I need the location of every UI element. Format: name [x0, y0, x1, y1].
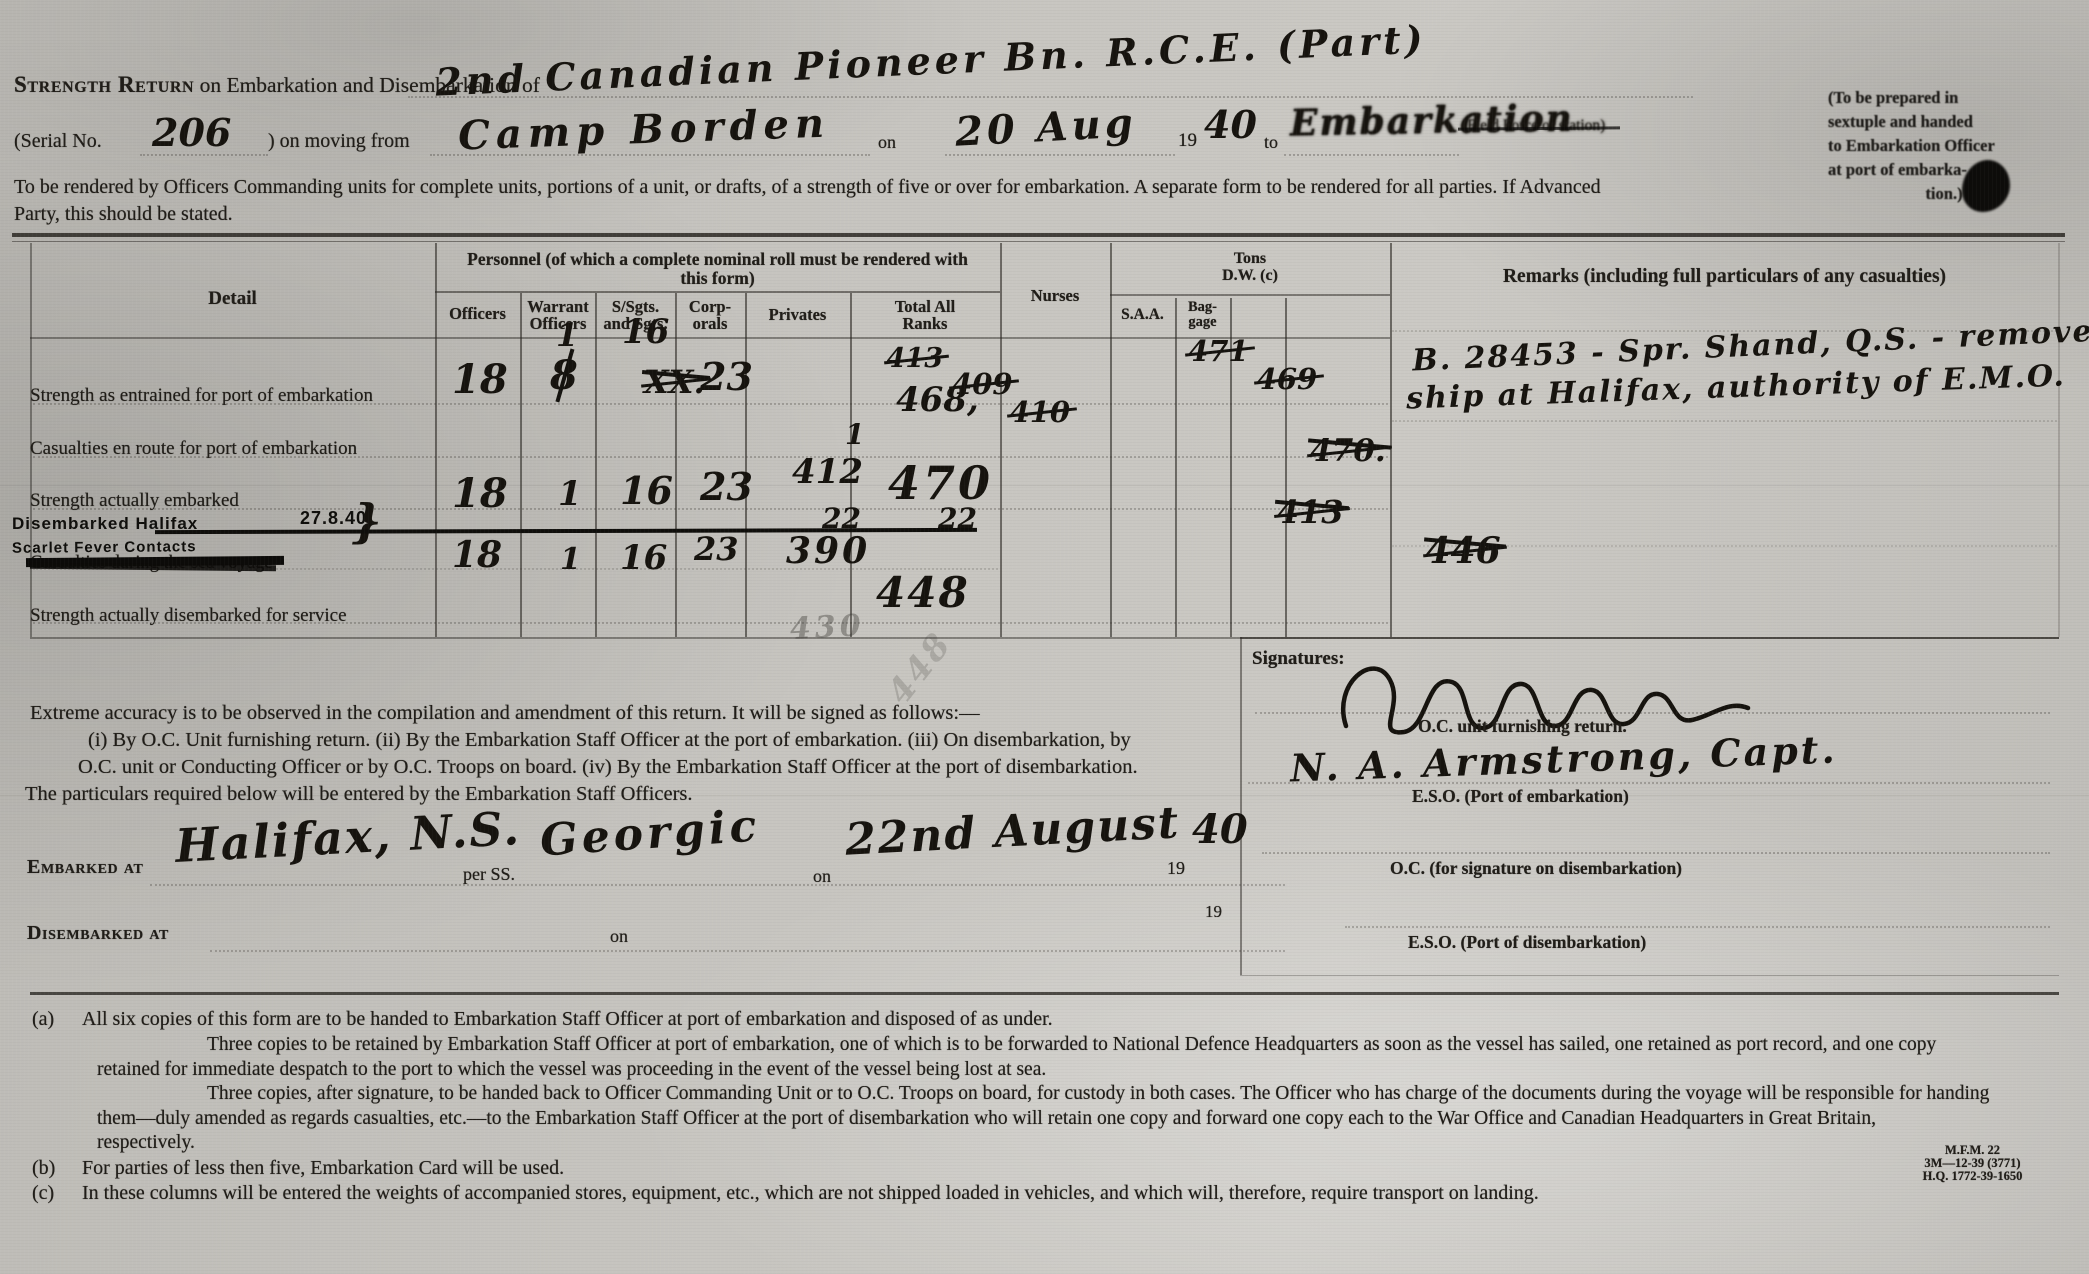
final-warrant: 1	[560, 542, 581, 577]
embark-port-handwritten: Halifax, N.S.	[174, 801, 522, 873]
table-line	[1110, 243, 1112, 637]
unit-fill-line	[408, 96, 1693, 98]
final-ssgts: 16	[620, 538, 667, 578]
annotation-scarlet-fever: Scarlet Fever Contacts	[12, 538, 197, 557]
disembarked-fill-line	[210, 950, 1285, 952]
tons-header-line2: D.W. (c)	[1110, 267, 1390, 284]
annotation-brace: }	[352, 494, 382, 548]
corner-note-line: tion.)	[1828, 182, 2060, 206]
embark-date-handwritten: 22nd August	[844, 797, 1182, 865]
header-rule-thin	[12, 241, 2065, 242]
remarks-header: Remarks (including full particulars of a…	[1390, 266, 2059, 288]
table-line	[30, 337, 1390, 339]
entrained-ssgts-crossed: XX.	[644, 363, 705, 401]
personnel-header: Personnel (of which a complete nominal r…	[437, 250, 998, 288]
entrained-total-final: 468,	[896, 380, 979, 420]
origin-fill-line	[430, 154, 870, 156]
footnote-a-marker: (a)	[32, 1008, 54, 1031]
footnote-a-line2: Three copies to be retained by Embarkati…	[207, 1034, 1936, 1056]
footnote-a-line3: retained for immediate despatch to the p…	[97, 1059, 1046, 1081]
footnote-c-marker: (c)	[32, 1182, 54, 1205]
print-reference: M.F.M. 22 3M—12-39 (3771) H.Q. 1772-39-1…	[1910, 1144, 2035, 1183]
entrained-corporals: 23	[700, 354, 753, 399]
ship-name-handwritten: Georgic	[538, 800, 761, 866]
move-date-handwritten: 20 Aug	[954, 99, 1138, 155]
table-line	[2058, 243, 2060, 637]
corner-note: (To be prepared in sextuple and handed t…	[1828, 86, 2060, 206]
footer-rule	[30, 992, 2059, 995]
per-ss-label: per SS.	[463, 864, 515, 885]
remarks-rule-line	[1392, 420, 2057, 422]
col-header-corporals: Corp- orals	[677, 298, 743, 332]
print-ref-line3: H.Q. 1772-39-1650	[1910, 1170, 2035, 1183]
entrained-total-crossed: 469	[1257, 362, 1318, 396]
embark-year-printed: 19	[1167, 858, 1185, 879]
final-corporals: 23	[694, 530, 739, 568]
signature-line	[1255, 712, 2050, 714]
final-total: 448	[876, 568, 970, 617]
embarked-warrant: 1	[558, 474, 582, 514]
oc-disembarkation-label: O.C. (for signature on disembarkation)	[1390, 858, 1682, 879]
personnel-header-line2: this form)	[437, 269, 998, 288]
personnel-header-line1: Personnel (of which a complete nominal r…	[437, 250, 998, 269]
route-total-crossed: 470.	[1310, 433, 1386, 469]
year-written: 40	[1204, 102, 1257, 147]
row-fill-line	[33, 622, 1388, 624]
date-fill-line	[945, 154, 1175, 156]
footnote-a-line6: respectively.	[97, 1132, 195, 1154]
embarked-privates-corrected: 412	[792, 452, 863, 492]
signature-line	[1345, 926, 2050, 928]
final-officers: 18	[452, 534, 502, 576]
table-line	[520, 293, 522, 637]
entrained-officers: 18	[452, 356, 508, 403]
final-privates: 390	[786, 530, 870, 572]
disembark-on-label: on	[610, 926, 628, 947]
form-title-caps: Strength Return	[14, 72, 194, 97]
embarked-officers: 18	[452, 470, 508, 517]
pencil-privates: 430	[789, 608, 865, 647]
table-line	[675, 293, 677, 637]
eso-embarkation-label: E.S.O. (Port of embarkation)	[1412, 786, 1629, 807]
embark-year-written: 40	[1192, 806, 1248, 853]
accuracy-line3: O.C. unit or Conducting Officer or by O.…	[78, 756, 1138, 779]
scan-streak	[0, 795, 2089, 796]
serial-label: (Serial No.	[14, 130, 102, 153]
scan-streak	[0, 485, 2089, 486]
corner-note-line: (To be prepared in	[1828, 86, 2060, 110]
table-line	[1285, 298, 1287, 637]
serial-value-handwritten: 206	[152, 110, 231, 155]
entrained-total-crossed: 471	[1188, 334, 1249, 368]
final-total-crossed: 446	[1426, 530, 1501, 572]
disembark-year-printed: 19	[1205, 902, 1222, 922]
footnote-a-line1: All six copies of this form are to be ha…	[82, 1008, 1053, 1031]
col-header-nurses: Nurses	[1000, 286, 1110, 306]
header-rule-heavy	[12, 233, 2065, 237]
table-line	[1390, 243, 1392, 637]
accuracy-line1: Extreme accuracy is to be observed in th…	[30, 702, 980, 725]
signature-box-line	[1240, 975, 2059, 976]
footnote-b-text: For parties of less then five, Embarkati…	[82, 1157, 564, 1180]
col-header-privates: Privates	[745, 305, 850, 325]
table-line	[435, 243, 437, 637]
destination-fill-line	[1284, 154, 1459, 156]
tons-header-line1: Tons	[1110, 250, 1390, 267]
entrained-privates-crossed: 413	[887, 343, 943, 374]
footnote-a-line5: them—duly amended as regards casualties,…	[97, 1108, 1876, 1130]
instructions-line2: Party, this should be stated.	[14, 203, 233, 226]
embarked-at-label: Embarked at	[27, 856, 143, 879]
row-fill-line	[33, 456, 1388, 458]
strength-return-form: Strength Return on Embarkation and Disem…	[0, 0, 2089, 1274]
instructions-line1: To be rendered by Officers Commanding un…	[14, 176, 1601, 199]
footnote-b-marker: (b)	[32, 1157, 55, 1180]
col-header-saa: S.A.A.	[1110, 306, 1175, 324]
corner-note-line: sextuple and handed	[1828, 110, 2060, 134]
route-privates: 1	[845, 418, 864, 451]
embarked-privates-crossed: 413	[1277, 493, 1344, 531]
col-header-officers: Officers	[435, 305, 520, 322]
corner-note-line: to Embarkation Officer	[1828, 134, 2060, 158]
col-header-baggage: Bag- gage	[1177, 300, 1228, 330]
detail-header: Detail	[30, 288, 435, 310]
table-line	[1110, 294, 1390, 296]
serial-fill-line	[140, 154, 268, 156]
moving-from-label: ) on moving from	[268, 130, 410, 153]
signature-box-line	[1240, 637, 2059, 639]
disembarked-at-label: Disembarked at	[27, 922, 169, 945]
table-line	[435, 291, 1000, 293]
table-line	[1175, 298, 1177, 637]
col-header-total-all-ranks: Total All Ranks	[888, 298, 962, 332]
unit-name-handwritten: 2nd Canadian Pioneer Bn. R.C.E. (Part)	[434, 16, 1427, 104]
on-label: on	[878, 132, 896, 153]
corner-note-line: at port of embarka-	[1828, 158, 2060, 182]
to-label: to	[1264, 132, 1278, 153]
embarked-fill-line	[150, 884, 1285, 886]
row-fill-line	[33, 403, 1388, 405]
year-printed: 19	[1178, 130, 1197, 152]
entrained-privates-crossed: 410	[1010, 395, 1071, 429]
signature-line	[1248, 782, 2050, 784]
accuracy-line2: (i) By O.C. Unit furnishing return. (ii)…	[88, 729, 1131, 752]
oc-unit-label: O.C. unit furnishing return.	[1418, 716, 1627, 737]
origin-handwritten: Camp Borden	[457, 100, 830, 160]
entrained-warrant-crossed: 8	[550, 352, 578, 399]
signature-line	[1262, 852, 2050, 854]
tons-dw-header: Tons D.W. (c)	[1110, 250, 1390, 284]
embarked-ssgts: 16	[620, 468, 673, 513]
entrained-ssgts-corrected: 16	[622, 312, 669, 352]
table-line	[595, 293, 597, 637]
embark-on-label: on	[813, 866, 831, 887]
footnote-a-line4: Three copies, after signature, to be han…	[207, 1083, 1989, 1105]
footnote-c-text: In these columns will be entered the wei…	[82, 1182, 1539, 1205]
entrained-warrant-corrected: 1	[556, 316, 578, 354]
embarked-corporals: 23	[700, 464, 753, 509]
eso-disembarkation-label: E.S.O. (Port of disembarkation)	[1408, 932, 1646, 953]
